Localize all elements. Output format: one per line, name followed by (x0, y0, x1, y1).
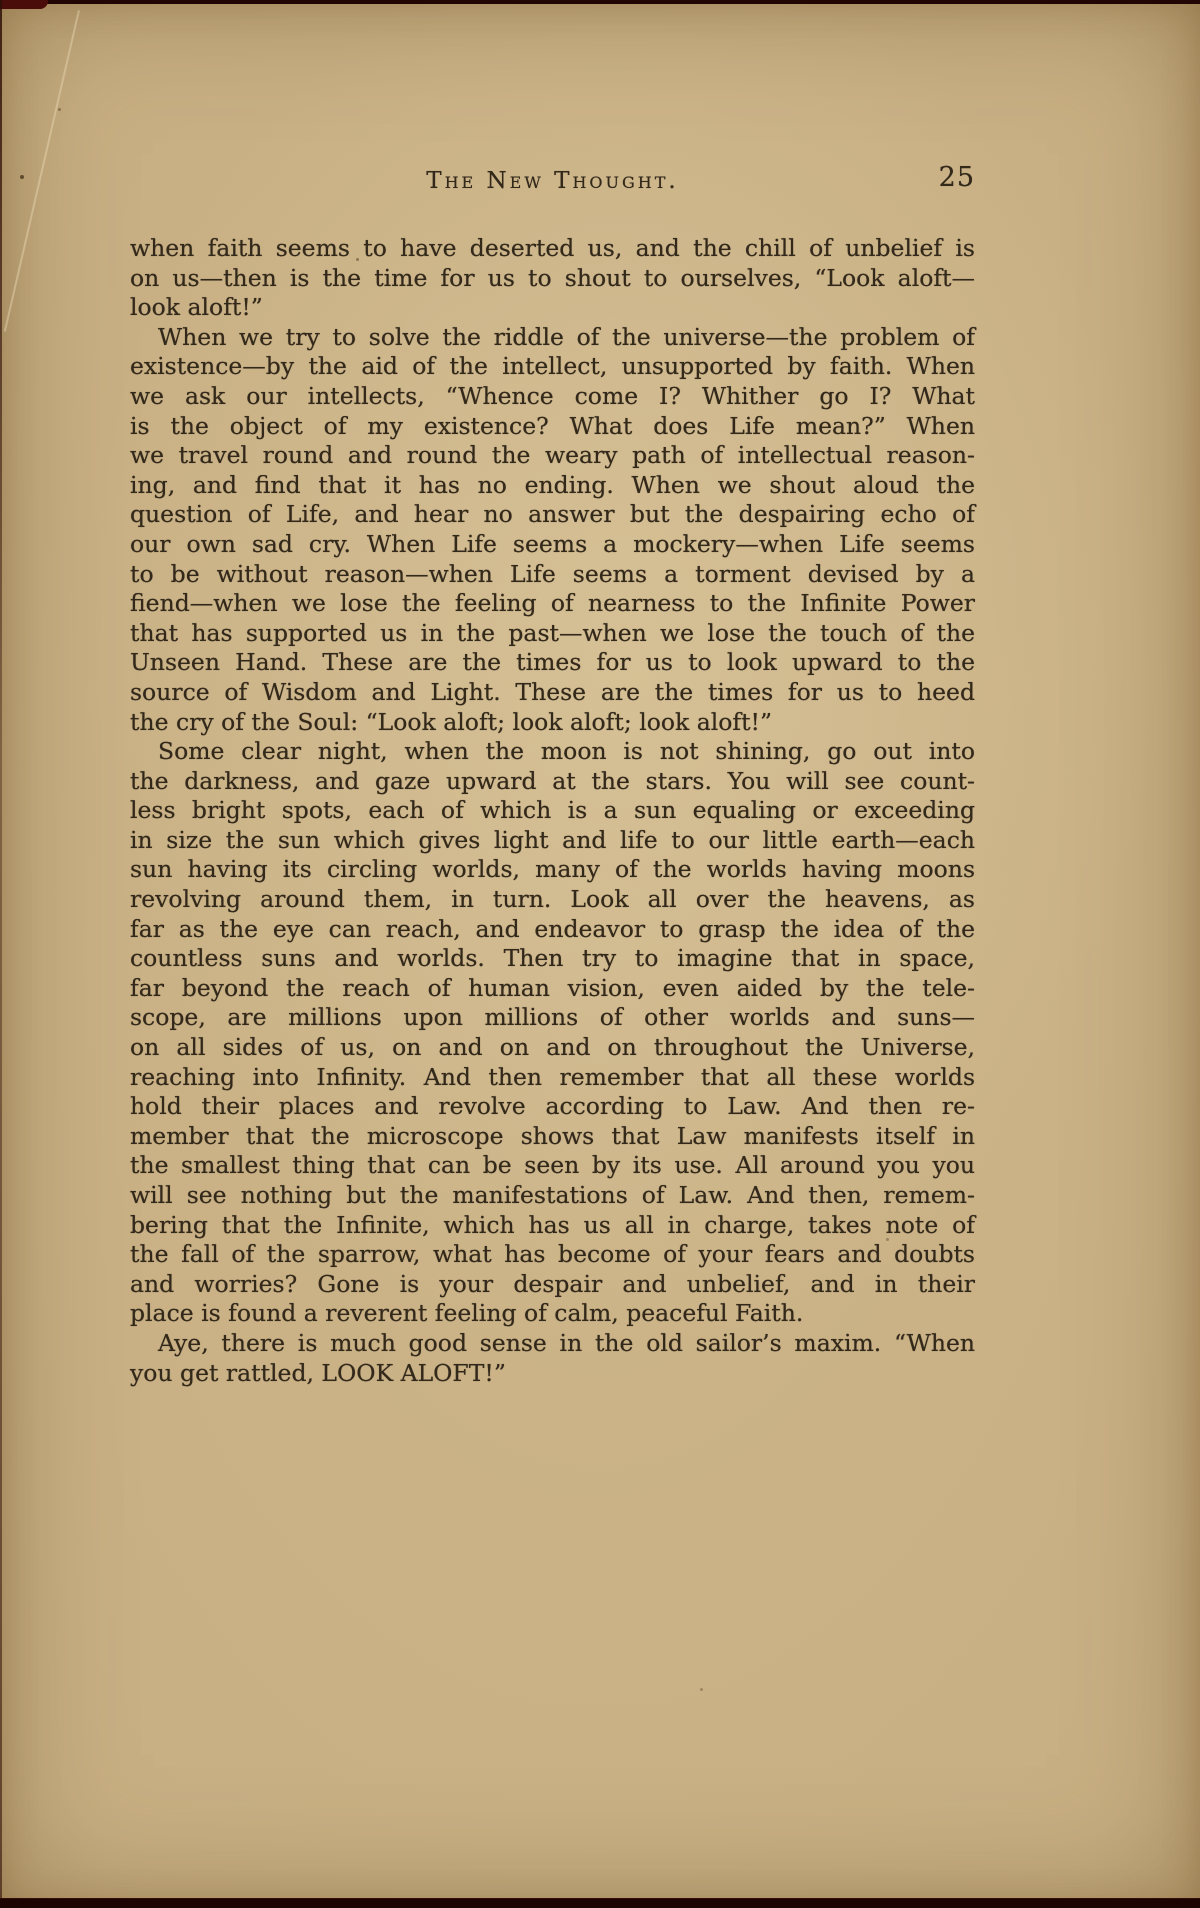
scan-edge-bottom (0, 1898, 1200, 1908)
scan-edge-left (0, 0, 2, 1908)
text-line: When we try to solve the riddle of the u… (130, 323, 975, 353)
text-line: and worries? Gone is your despair and un… (130, 1270, 975, 1300)
text-line: less bright spots, each of which is a su… (130, 796, 975, 826)
paper-speck (356, 258, 359, 261)
text-line: Aye, there is much good sense in the old… (130, 1329, 975, 1359)
text-line: our own sad cry. When Life seems a mocke… (130, 530, 975, 560)
text-line: the smallest thing that can be seen by i… (130, 1151, 975, 1181)
text-line: bering that the Infinite, which has us a… (130, 1211, 975, 1241)
text-line: on all sides of us, on and on and on thr… (130, 1033, 975, 1063)
text-line: reaching into Infinity. And then remembe… (130, 1063, 975, 1093)
text-line: source of Wisdom and Light. These are th… (130, 678, 975, 708)
text-line: on us—then is the time for us to shout t… (130, 264, 975, 294)
scan-edge-corner (0, 0, 48, 9)
header-title: The New Thought. (426, 168, 678, 194)
text-line: far beyond the reach of human vision, ev… (130, 974, 975, 1004)
paragraph: when faith seems to have deserted us, an… (130, 234, 975, 323)
text-line: when faith seems to have deserted us, an… (130, 234, 975, 264)
scan-edge-top (0, 0, 1200, 4)
scratch-mark (4, 10, 80, 332)
paragraph: When we try to solve the riddle of the u… (130, 323, 975, 737)
text-line: revolving around them, in turn. Look all… (130, 885, 975, 915)
text-line: the darkness, and gaze upward at the sta… (130, 767, 975, 797)
paper-speck (700, 1688, 703, 1691)
text-line: look aloft!” (130, 293, 975, 323)
text-line: sun having its circling worlds, many of … (130, 855, 975, 885)
text-line: fiend—when we lose the feeling of nearne… (130, 589, 975, 619)
paper-speck (886, 1238, 889, 1241)
paper-speck (58, 108, 61, 111)
text-line: Unseen Hand. These are the times for us … (130, 648, 975, 678)
text-line: member that the microscope shows that La… (130, 1122, 975, 1152)
book-page-scan: The New Thought. 25 when faith seems to … (0, 0, 1200, 1908)
paragraph: Some clear night, when the moon is not s… (130, 737, 975, 1329)
text-line: scope, are millions upon millions of oth… (130, 1003, 975, 1033)
text-line: place is found a reverent feeling of cal… (130, 1299, 975, 1329)
text-line: ing, and find that it has no ending. Whe… (130, 471, 975, 501)
text-line: we ask our intellects, “Whence come I? W… (130, 382, 975, 412)
text-line: you get rattled, LOOK ALOFT!” (130, 1359, 975, 1389)
body-text: when faith seems to have deserted us, an… (130, 234, 975, 1388)
text-line: question of Life, and hear no answer but… (130, 500, 975, 530)
text-line: hold their places and revolve according … (130, 1092, 975, 1122)
text-line: the cry of the Soul: “Look aloft; look a… (130, 708, 975, 738)
text-line: in size the sun which gives light and li… (130, 826, 975, 856)
text-line: existence—by the aid of the intellect, u… (130, 352, 975, 382)
text-line: to be without reason—when Life seems a t… (130, 560, 975, 590)
text-line: the fall of the sparrow, what has become… (130, 1240, 975, 1270)
page-number: 25 (939, 162, 975, 193)
text-line: is the object of my existence? What does… (130, 412, 975, 442)
text-line: Some clear night, when the moon is not s… (130, 737, 975, 767)
paper-speck (20, 175, 24, 179)
text-line: countless suns and worlds. Then try to i… (130, 944, 975, 974)
paragraph: Aye, there is much good sense in the old… (130, 1329, 975, 1388)
text-line: that has supported us in the past—when w… (130, 619, 975, 649)
running-header: The New Thought. 25 (130, 168, 975, 194)
text-line: far as the eye can reach, and endeavor t… (130, 915, 975, 945)
text-line: will see nothing but the manifestations … (130, 1181, 975, 1211)
text-line: we travel round and round the weary path… (130, 441, 975, 471)
